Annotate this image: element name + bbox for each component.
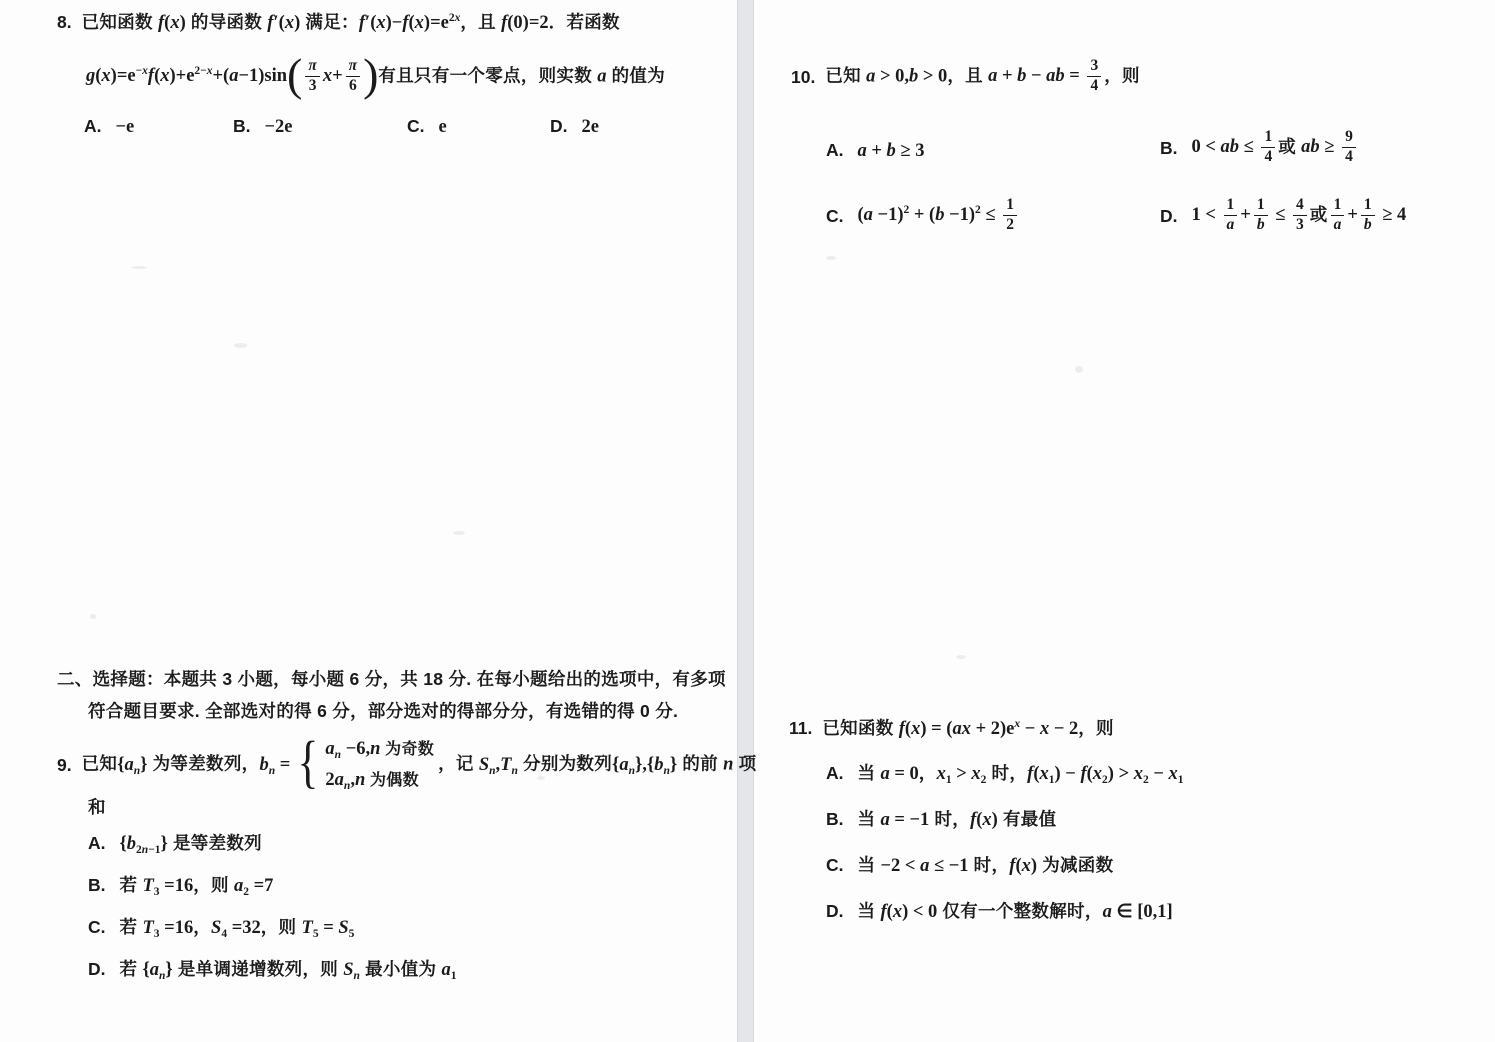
q10-option-d: D.1 < 1a+1b ≤ 43或1a+1b ≥ 4 (1160, 192, 1406, 240)
question-11-stem-text: 已知函数 f(x) = (ax + 2)ex − x − 2，则 (822, 718, 1113, 738)
scan-speck (131, 266, 147, 269)
question-9-number: 9. (57, 752, 72, 778)
question-8-number: 8. (57, 12, 72, 32)
section-2-header-line2: 符合题目要求. 全部选对的得 6 分，部分选对的得部分分，有选错的得 0 分. (88, 698, 678, 724)
q8-option-a: A.−e (84, 113, 134, 140)
scan-speck (90, 614, 96, 619)
question-10-stem: 10.已知 a > 0,b > 0，且 a + b − ab = 34，则 (791, 54, 1140, 100)
question-8-formula-text: g(x)=e−xf(x)+e2−x+(a−1)sin(π3x+π6)有且只有一个… (86, 59, 665, 95)
q11-option-b: B.当 a = −1 时，f(x) 有最值 (826, 806, 1056, 833)
q8-option-d: D.2e (550, 113, 599, 140)
question-10-stem-text: 已知 a > 0,b > 0，且 a + b − ab = 34，则 (825, 59, 1140, 95)
scan-speck (826, 256, 836, 260)
q11-option-d: D.当 f(x) < 0 仅有一个整数解时，a ∈ [0,1] (826, 898, 1173, 925)
question-10-number: 10. (791, 64, 815, 90)
q11-option-a: A.当 a = 0，x1 > x2 时，f(x1) − f(x2) > x2 −… (826, 760, 1184, 787)
q9-option-c: C.若 T3 =16，S4 =32，则 T5 = S5 (88, 914, 354, 941)
q9-option-b: B.若 T3 =16，则 a2 =7 (88, 872, 273, 899)
question-11-stem: 11.已知函数 f(x) = (ax + 2)ex − x − 2，则 (789, 715, 1114, 742)
scan-speck (1075, 366, 1083, 373)
scan-speck (537, 776, 545, 780)
q9-option-d: D.若 {an} 是单调递增数列，则 Sn 最小值为 a1 (88, 956, 456, 983)
q11-option-c: C.当 −2 < a ≤ −1 时，f(x) 为减函数 (826, 852, 1113, 879)
scan-speck (234, 343, 247, 348)
question-9-stem: 9.已知{an} 为等差数列，bn ={an −6,n 为奇数2an,n 为偶数… (57, 736, 756, 794)
question-8-stem: 8.已知函数 f(x) 的导函数 f′(x) 满足：f′(x)−f(x)=e2x… (57, 9, 620, 36)
question-9-stem-text: 已知{an} 为等差数列，bn ={an −6,n 为奇数2an,n 为偶数，记… (82, 739, 757, 791)
question-9-stem-continuation: 和 (88, 794, 106, 820)
q8-option-c: C.e (407, 113, 447, 140)
section-2-header-line1: 二、选择题：本题共 3 小题，每小题 6 分，共 18 分. 在每小题给出的选项… (57, 666, 726, 692)
q8-option-b: B.−2e (233, 113, 293, 140)
scan-speck (453, 531, 465, 535)
q10-option-b: B.0 < ab ≤ 14或 ab ≥ 94 (1160, 124, 1359, 172)
scan-speck (956, 655, 966, 659)
scanned-exam-sheet: 8.已知函数 f(x) 的导函数 f′(x) 满足：f′(x)−f(x)=e2x… (0, 0, 1495, 1042)
q9-option-a: A.{b2n−1} 是等差数列 (88, 830, 262, 857)
question-11-number: 11. (789, 718, 812, 738)
q10-option-a: A.a + b ≥ 3 (826, 137, 924, 164)
question-8-stem-text: 已知函数 f(x) 的导函数 f′(x) 满足：f′(x)−f(x)=e2x，且… (82, 12, 620, 32)
question-8-formula: g(x)=e−xf(x)+e2−x+(a−1)sin(π3x+π6)有且只有一个… (86, 48, 665, 106)
q10-option-c: C.(a −1)2 + (b −1)2 ≤ 12 (826, 192, 1020, 240)
page-gutter-divider (737, 0, 754, 1042)
